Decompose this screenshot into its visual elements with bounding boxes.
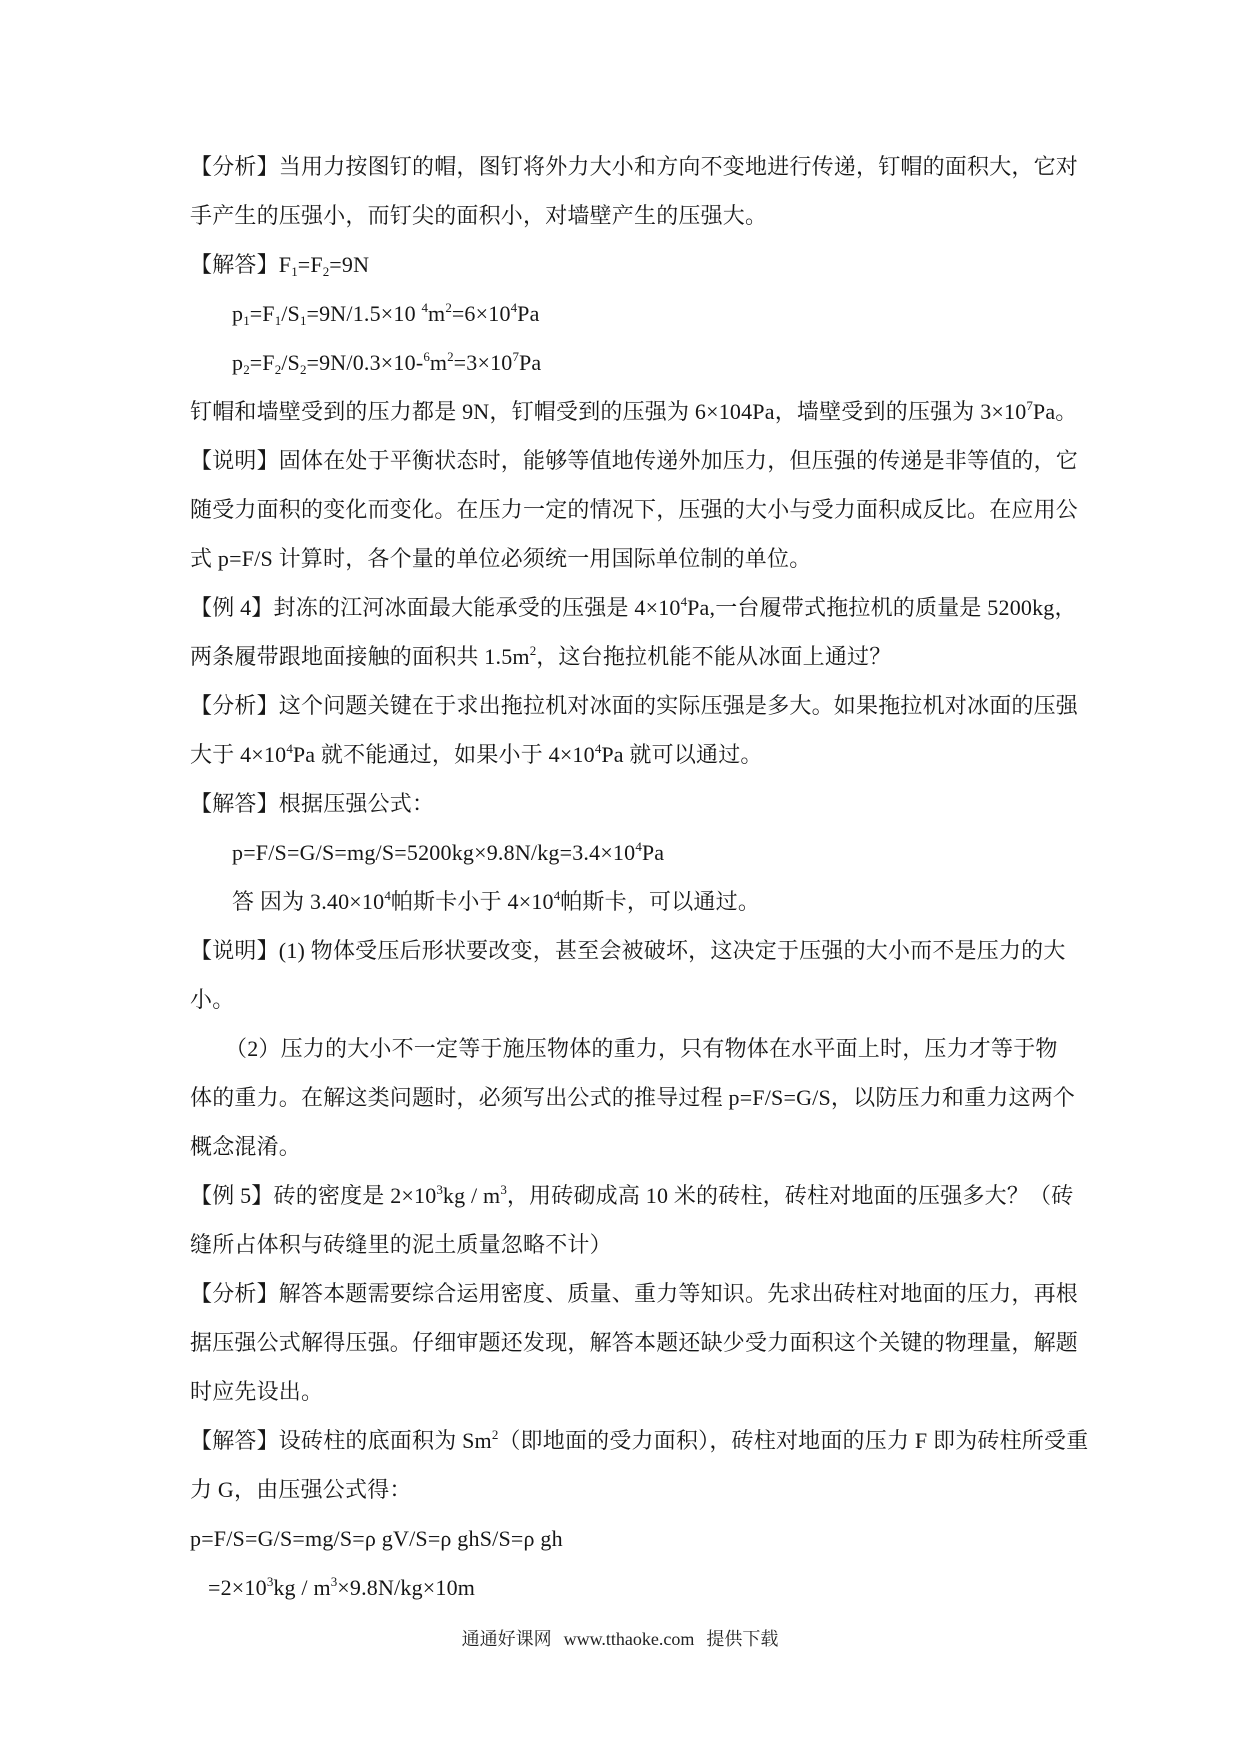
footer-site-name: 通通好课网 (462, 1629, 552, 1649)
text-line-28: 力 G，由压强公式得： (190, 1465, 1078, 1514)
text-line-13: 大于 4×104Pa 就不能通过，如果小于 4×104Pa 就可以通过。 (190, 730, 1078, 779)
text-line-21: 概念混淆。 (190, 1122, 1078, 1171)
footer-url: www.tthaoke.com (564, 1629, 695, 1649)
text-line-19: （2）压力的大小不一定等于施压物体的重力，只有物体在水平面上时，压力才等于物 (190, 1024, 1078, 1073)
text-line-2: 手产生的压强小，而钉尖的面积小，对墙壁产生的压强大。 (190, 191, 1078, 240)
text-line-8: 随受力面积的变化而变化。在压力一定的情况下，压强的大小与受力面积成反比。在应用公 (190, 485, 1078, 534)
text-line-23: 缝所占体积与砖缝里的泥土质量忽略不计） (190, 1220, 1078, 1269)
text-line-3: 【解答】F1=F2=9N (190, 240, 1078, 289)
text-line-30: =2×103kg / m3×9.8N/kg×10m (190, 1563, 1078, 1612)
text-line-26: 时应先设出。 (190, 1367, 1078, 1416)
text-line-17: 【说明】(1) 物体受压后形状要改变，甚至会被破坏，这决定于压强的大小而不是压力… (190, 926, 1078, 975)
page-footer: 通通好课网www.tthaoke.com提供下载 (0, 1625, 1240, 1653)
text-line-6: 钉帽和墙壁受到的压力都是 9N，钉帽受到的压强为 6×104Pa，墙壁受到的压强… (190, 387, 1078, 436)
text-line-22: 【例 5】砖的密度是 2×103kg / m3，用砖砌成高 10 米的砖柱，砖柱… (190, 1171, 1078, 1220)
text-line-7: 【说明】固体在处于平衡状态时，能够等值地传递外加压力，但压强的传递是非等值的，它 (190, 436, 1078, 485)
text-line-9: 式 p=F/S 计算时，各个量的单位必须统一用国际单位制的单位。 (190, 534, 1078, 583)
document-body: 【分析】当用力按图钉的帽，图钉将外力大小和方向不变地进行传递，钉帽的面积大，它对… (190, 142, 1078, 1612)
text-line-24: 【分析】解答本题需要综合运用密度、质量、重力等知识。先求出砖柱对地面的压力，再根 (190, 1269, 1078, 1318)
footer-download-label: 提供下载 (706, 1629, 778, 1649)
text-line-15: p=F/S=G/S=mg/S=5200kg×9.8N/kg=3.4×104Pa (190, 828, 1078, 877)
text-line-20: 体的重力。在解这类问题时，必须写出公式的推导过程 p=F/S=G/S，以防压力和… (190, 1073, 1078, 1122)
text-line-29: p=F/S=G/S=mg/S=ρ gV/S=ρ ghS/S=ρ gh (190, 1514, 1078, 1563)
text-line-11: 两条履带跟地面接触的面积共 1.5m2，这台拖拉机能不能从冰面上通过？ (190, 632, 1078, 681)
document-page: 【分析】当用力按图钉的帽，图钉将外力大小和方向不变地进行传递，钉帽的面积大，它对… (0, 0, 1240, 1754)
text-line-16: 答 因为 3.40×104帕斯卡小于 4×104帕斯卡，可以通过。 (190, 877, 1078, 926)
text-line-12: 【分析】这个问题关键在于求出拖拉机对冰面的实际压强是多大。如果拖拉机对冰面的压强 (190, 681, 1078, 730)
text-line-25: 据压强公式解得压强。仔细审题还发现，解答本题还缺少受力面积这个关键的物理量，解题 (190, 1318, 1078, 1367)
text-line-1: 【分析】当用力按图钉的帽，图钉将外力大小和方向不变地进行传递，钉帽的面积大，它对 (190, 142, 1078, 191)
text-line-4: p1=F1/S1=9N/1.5×10 4m2=6×104Pa (190, 289, 1078, 338)
text-line-27: 【解答】设砖柱的底面积为 Sm2（即地面的受力面积），砖柱对地面的压力 F 即为… (190, 1416, 1078, 1465)
text-line-10: 【例 4】封冻的江河冰面最大能承受的压强是 4×104Pa,一台履带式拖拉机的质… (190, 583, 1078, 632)
text-line-5: p2=F2/S2=9N/0.3×10-6m2=3×107Pa (190, 338, 1078, 387)
text-line-14: 【解答】根据压强公式： (190, 779, 1078, 828)
text-line-18: 小。 (190, 975, 1078, 1024)
